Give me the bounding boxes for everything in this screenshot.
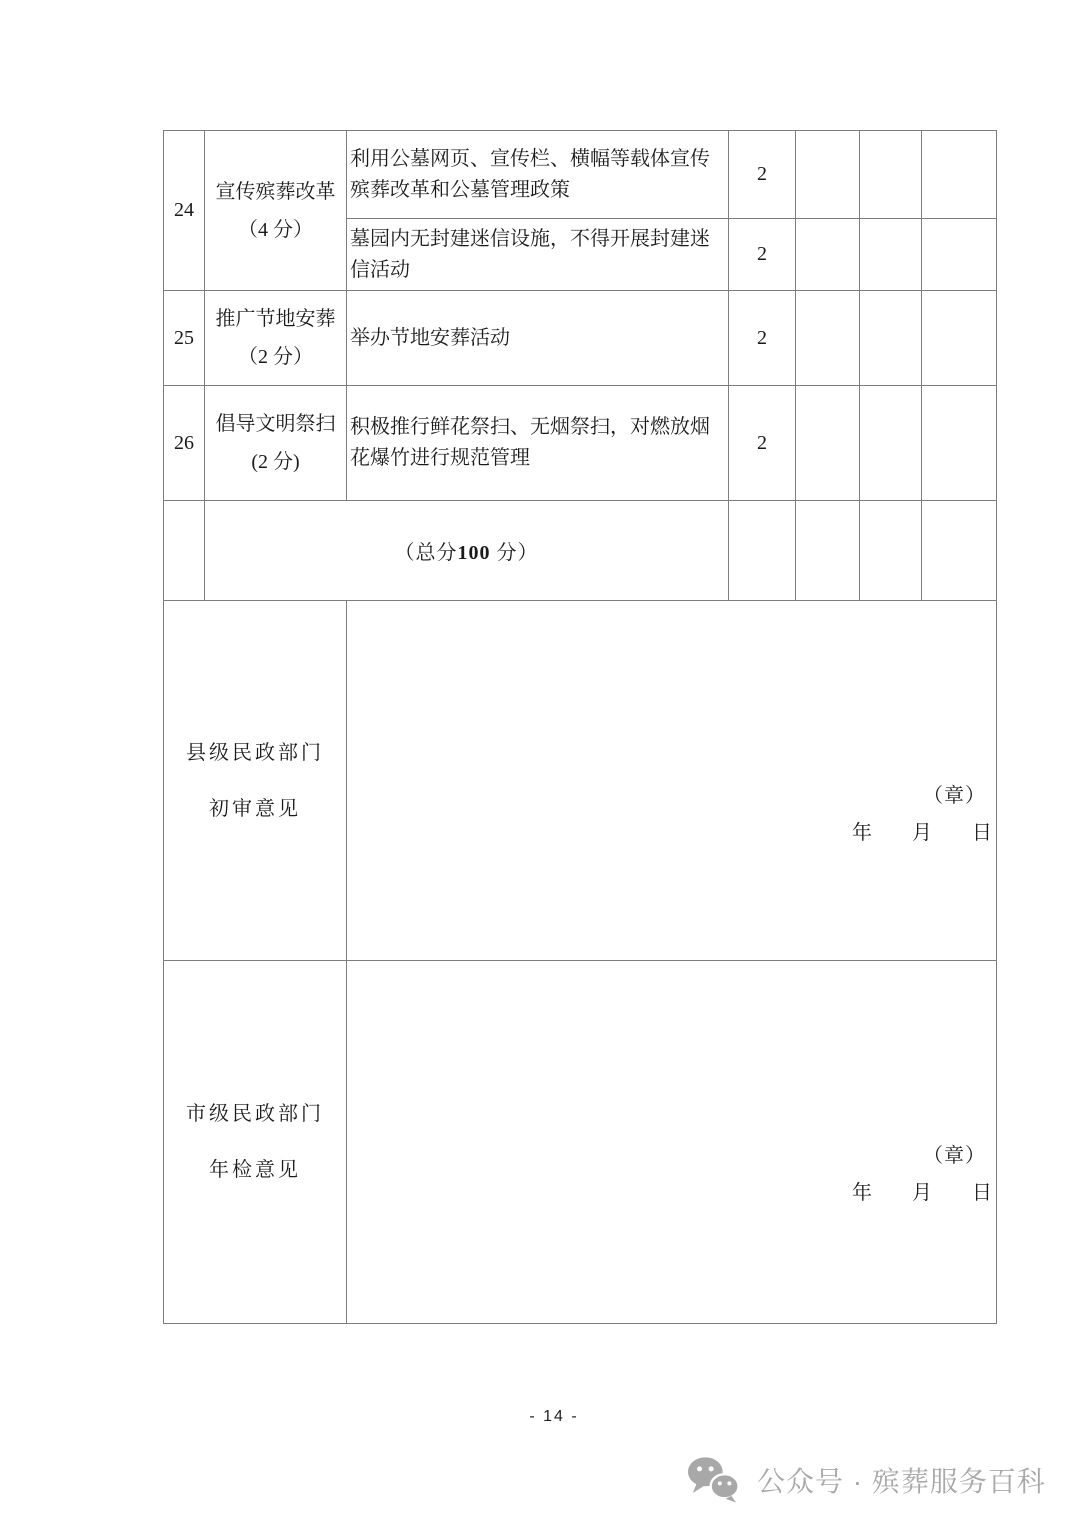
date-month-label: 月: [912, 816, 932, 845]
item-score: 2: [729, 131, 796, 219]
item-description: 举办节地安葬活动: [347, 291, 729, 386]
city-review-label: 市级民政部门 年检意见: [164, 961, 347, 1324]
item-description: 利用公墓网页、宣传栏、横幅等载体宣传殡葬改革和公墓管理政策: [347, 131, 729, 219]
section-label-line1: 县级民政部门: [164, 738, 346, 768]
empty-cell: [860, 386, 922, 501]
date-line: 年 月 日: [852, 816, 992, 845]
empty-cell: [922, 386, 997, 501]
category-points: （2 分）: [205, 342, 346, 372]
category-title: 推广节地安葬: [205, 304, 346, 334]
empty-cell: [860, 219, 922, 291]
total-suffix: 分）: [491, 542, 539, 564]
county-review-label: 县级民政部门 初审意见: [164, 601, 347, 961]
row-number: 24: [164, 131, 205, 291]
category-points: （4 分）: [205, 215, 346, 245]
date-line: 年 月 日: [852, 1176, 992, 1205]
empty-cell: [922, 131, 997, 219]
empty-cell: [729, 501, 796, 601]
empty-cell: [164, 501, 205, 601]
section-label-line1: 市级民政部门: [164, 1099, 346, 1129]
city-review-content: （章） 年 月 日: [347, 961, 997, 1324]
empty-cell: [796, 501, 860, 601]
total-row: （总分100 分）: [164, 501, 997, 601]
empty-cell: [860, 131, 922, 219]
wechat-icon: [687, 1456, 741, 1503]
table-row: 24 宣传殡葬改革 （4 分） 利用公墓网页、宣传栏、横幅等载体宣传殡葬改革和公…: [164, 131, 997, 219]
city-review-section: 市级民政部门 年检意见 （章） 年 月 日: [164, 961, 997, 1324]
empty-cell: [796, 219, 860, 291]
section-label-line2: 年检意见: [164, 1155, 346, 1185]
category-title: 宣传殡葬改革: [205, 177, 346, 207]
table-row: 25 推广节地安葬 （2 分） 举办节地安葬活动 2: [164, 291, 997, 386]
watermark-text: 公众号 · 殡葬服务百科: [757, 1460, 1046, 1500]
date-month-label: 月: [912, 1176, 932, 1205]
watermark: 公众号 · 殡葬服务百科: [687, 1456, 1046, 1503]
item-description: 墓园内无封建迷信设施，不得开展封建迷信活动: [347, 219, 729, 291]
item-score: 2: [729, 219, 796, 291]
date-day-label: 日: [972, 816, 992, 845]
category-title: 倡导文明祭扫: [205, 409, 346, 439]
empty-cell: [860, 501, 922, 601]
section-label-line2: 初审意见: [164, 794, 346, 824]
row-number: 26: [164, 386, 205, 501]
empty-cell: [860, 291, 922, 386]
category-cell: 推广节地安葬 （2 分）: [205, 291, 347, 386]
category-cell: 倡导文明祭扫 (2 分): [205, 386, 347, 501]
empty-cell: [796, 291, 860, 386]
empty-cell: [922, 501, 997, 601]
total-prefix: （总分: [395, 542, 458, 564]
item-description: 积极推行鲜花祭扫、无烟祭扫，对燃放烟花爆竹进行规范管理: [347, 386, 729, 501]
county-review-content: （章） 年 月 日: [347, 601, 997, 961]
county-review-section: 县级民政部门 初审意见 （章） 年 月 日: [164, 601, 997, 961]
document-page: 24 宣传殡葬改革 （4 分） 利用公墓网页、宣传栏、横幅等载体宣传殡葬改革和公…: [0, 0, 1080, 1527]
date-day-label: 日: [972, 1176, 992, 1205]
item-score: 2: [729, 386, 796, 501]
total-score-value: 100: [458, 542, 491, 564]
page-number: - 14 -: [0, 1408, 1080, 1426]
total-score-cell: （总分100 分）: [205, 501, 729, 601]
empty-cell: [796, 386, 860, 501]
date-year-label: 年: [852, 1176, 872, 1205]
table-row: 26 倡导文明祭扫 (2 分) 积极推行鲜花祭扫、无烟祭扫，对燃放烟花爆竹进行规…: [164, 386, 997, 501]
date-year-label: 年: [852, 816, 872, 845]
stamp-placeholder: （章）: [923, 1139, 986, 1168]
category-cell: 宣传殡葬改革 （4 分）: [205, 131, 347, 291]
stamp-placeholder: （章）: [923, 779, 986, 808]
empty-cell: [796, 131, 860, 219]
empty-cell: [922, 219, 997, 291]
empty-cell: [922, 291, 997, 386]
category-points: (2 分): [205, 447, 346, 477]
evaluation-table: 24 宣传殡葬改革 （4 分） 利用公墓网页、宣传栏、横幅等载体宣传殡葬改革和公…: [163, 130, 997, 1324]
row-number: 25: [164, 291, 205, 386]
item-score: 2: [729, 291, 796, 386]
